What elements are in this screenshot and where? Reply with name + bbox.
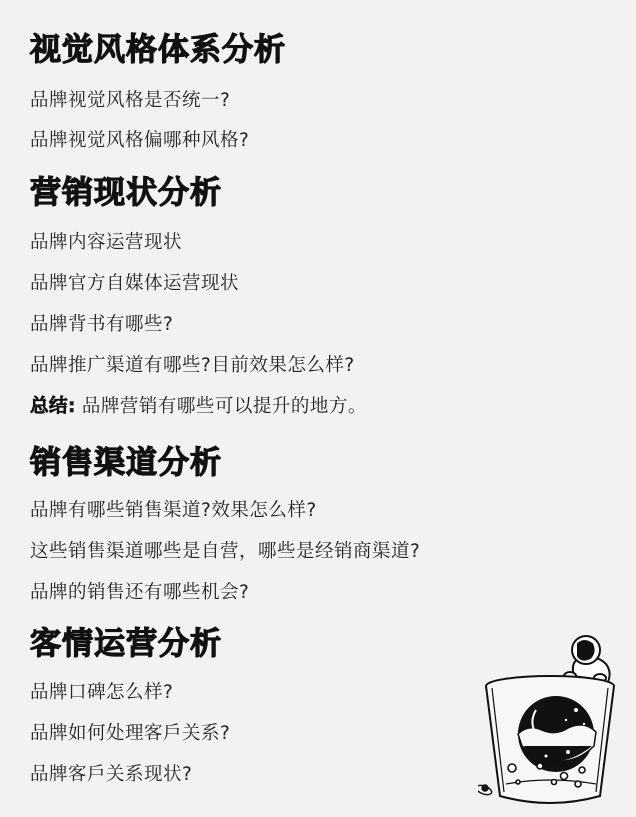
list-item: 品牌背书有哪些? [30, 314, 173, 336]
small-planet-icon [478, 784, 493, 797]
section-sales-channels: 销售渠道分析 品牌有哪些销售渠道?效果怎么样? 这些销售渠道哪些是自营，哪些是经… [30, 445, 222, 481]
astronaut-icon [564, 636, 610, 682]
section-customer-operations: 客情运营分析 品牌口碑怎么样? 品牌如何处理客戶关系? 品牌客戶关系现状? [30, 626, 222, 662]
section-heading: 销售渠道分析 [30, 445, 222, 481]
list-item: 品牌的销售还有哪些机会? [30, 582, 249, 604]
summary-line: 总结:品牌营销有哪些可以提升的地方。 [30, 396, 367, 418]
section-heading: 客情运营分析 [30, 626, 222, 662]
list-item: 品牌有哪些销售渠道?效果怎么样? [30, 500, 317, 522]
list-item: 品牌口碑怎么样? [30, 682, 173, 704]
astronaut-glass-planet-icon [478, 628, 628, 814]
summary-label: 总结: [30, 396, 76, 417]
list-item: 品牌视觉风格偏哪种风格? [30, 130, 249, 152]
section-heading: 视觉风格体系分析 [30, 32, 286, 68]
section-marketing-status: 营销现状分析 品牌内容运营现状 品牌官方自媒体运营现状 品牌背书有哪些? 品牌推… [30, 175, 222, 211]
list-item: 这些销售渠道哪些是自营，哪些是经销商渠道? [30, 541, 420, 563]
list-item: 品牌官方自媒体运营现状 [30, 273, 239, 295]
section-heading: 营销现状分析 [30, 175, 222, 211]
list-item: 品牌如何处理客戶关系? [30, 723, 230, 745]
section-visual-style: 视觉风格体系分析 品牌视觉风格是否统一? 品牌视觉风格偏哪种风格? [30, 32, 286, 68]
list-item: 品牌视觉风格是否统一? [30, 90, 230, 112]
summary-text: 品牌营销有哪些可以提升的地方。 [82, 396, 367, 417]
list-item: 品牌内容运营现状 [30, 232, 182, 254]
list-item: 品牌推广渠道有哪些?目前效果怎么样? [30, 355, 355, 377]
list-item: 品牌客戶关系现状? [30, 764, 192, 786]
